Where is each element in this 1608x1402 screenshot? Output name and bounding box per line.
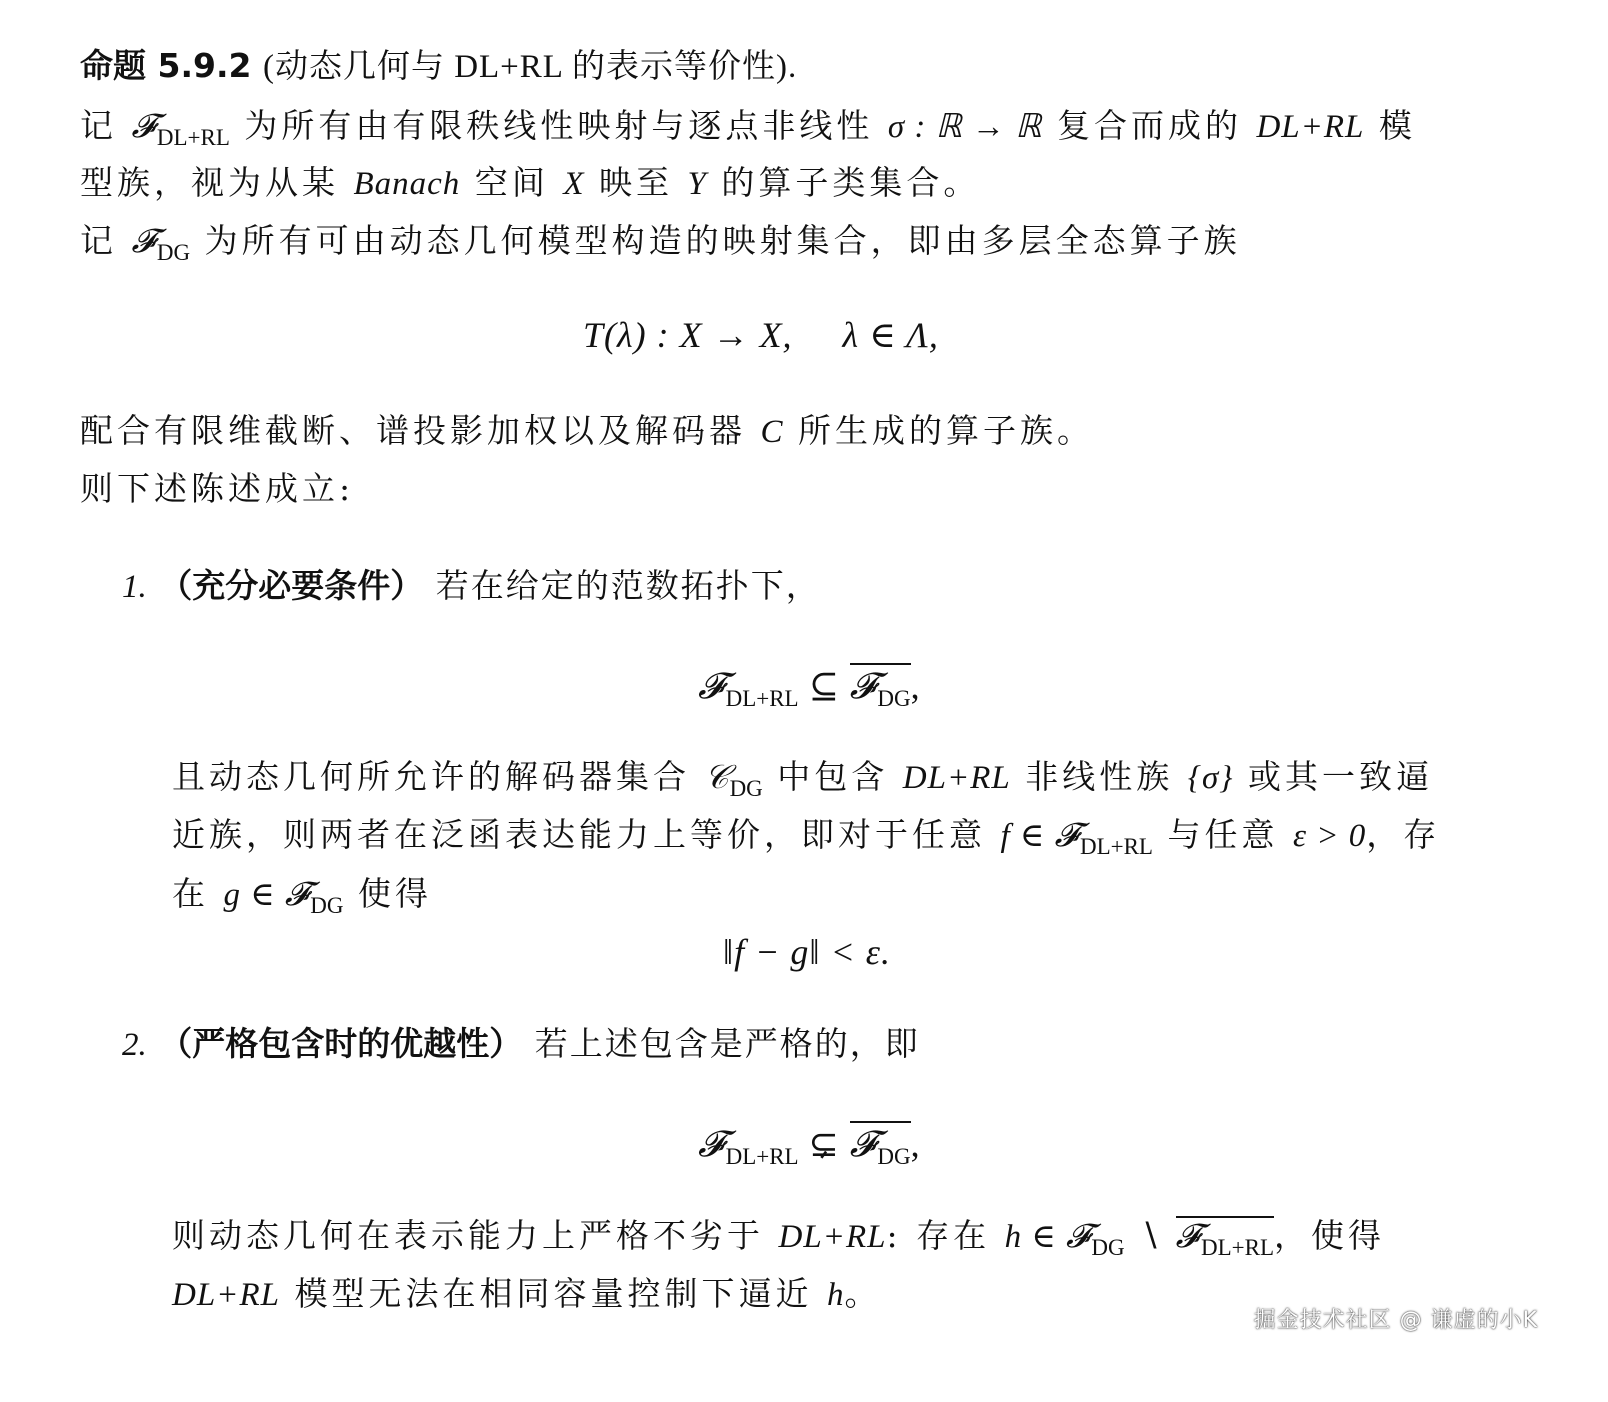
display-strict-inclusion: 𝓕DL+RL ⊊ 𝓕DG, <box>698 1122 921 1179</box>
math-sigma-set: {σ} <box>1188 760 1234 796</box>
definition-dlrl-line-1: 记 𝓕DL+RL 为所有由有限秩线性映射与逐点非线性 σ : ℝ → ℝ 复合而… <box>80 106 1416 158</box>
definition-dlrl-line-2: 型族，视为从某 Banach 空间 X 映至 Y 的算子类集合。 <box>80 163 980 204</box>
text: ，存 <box>1366 815 1440 854</box>
text: 使得 <box>358 874 432 913</box>
display-inclusion: 𝓕DL+RL ⊆ 𝓕DG, <box>698 664 921 721</box>
text: 且动态几何所允许的解码器集合 <box>172 757 690 796</box>
text: 在 <box>172 874 209 913</box>
math-F-dlrl: 𝓕DL+RL <box>132 109 230 145</box>
text: 的算子类集合。 <box>721 163 980 202</box>
text: 映至 <box>599 163 673 202</box>
text: 与任意 <box>1167 815 1278 854</box>
text: 非线性族 <box>1025 757 1173 796</box>
math-sigma-map: σ : ℝ → ℝ <box>888 109 1043 145</box>
math-model-dlrl: DL+RL <box>1256 109 1364 145</box>
text: 若上述包含是严格的，即 <box>535 1024 920 1063</box>
text: 模型无法在相同容量控制下逼近 <box>294 1274 812 1313</box>
text: 模 <box>1379 106 1416 145</box>
math-f-in-F-dlrl: f ∈ 𝓕DL+RL <box>1001 818 1153 854</box>
math-g-in-F-dg: g ∈ 𝓕DG <box>224 877 344 913</box>
document-page: 命题 5.9.2 (动态几何与 DL+RL 的表示等价性). 记 𝓕DL+RL … <box>0 0 1608 1402</box>
text: 为所有可由动态几何模型构造的映射集合，即由多层全态算子族 <box>205 221 1241 260</box>
operator-family-description: 配合有限维截断、谱投影加权以及解码器 C 所生成的算子族。 <box>80 411 1094 452</box>
math-h-in-F-dg: h ∈ 𝓕DG <box>1005 1219 1125 1255</box>
item-2-body-line-2: DL+RL 模型无法在相同容量控制下逼近 h。 <box>172 1274 881 1315</box>
math-h: h <box>827 1277 845 1313</box>
text: 空间 <box>475 163 549 202</box>
text: 。 <box>844 1274 881 1313</box>
text: ，使得 <box>1274 1216 1385 1255</box>
proposition-title: (动态几何与 DL+RL 的表示等价性). <box>263 49 797 85</box>
text: : 存在 <box>886 1216 990 1255</box>
math-C-dg: 𝒞DG <box>705 760 763 796</box>
math-model-dlrl: DL+RL <box>903 760 1011 796</box>
item-1-body-line-3: 在 g ∈ 𝓕DG 使得 <box>172 874 432 926</box>
math-model-dlrl: DL+RL <box>779 1219 887 1255</box>
math-X: X <box>563 166 584 202</box>
proposition-label: 命题 5.9.2 <box>80 46 251 85</box>
math-model-dlrl: DL+RL <box>172 1277 280 1313</box>
text: 型族，视为从某 <box>80 163 339 202</box>
math-C: C <box>761 414 784 450</box>
display-norm-inequality: ‖f − g‖ < ε. <box>723 930 891 974</box>
text: 若在给定的范数拓扑下， <box>436 566 821 605</box>
text: 记 <box>80 221 117 260</box>
proposition-header: 命题 5.9.2 (动态几何与 DL+RL 的表示等价性). <box>80 46 797 87</box>
item-1-header: 1. （充分必要条件） 若在给定的范数拓扑下， <box>122 566 821 607</box>
item-number: 1. <box>122 569 147 605</box>
item-heading: （充分必要条件） <box>159 566 423 605</box>
math-epsilon: ε > 0 <box>1293 818 1366 854</box>
math-Y: Y <box>687 166 706 202</box>
text: 记 <box>80 106 117 145</box>
display-operator-family: T(λ) : X → X, λ ∈ Λ, <box>583 313 939 357</box>
math-banach: Banach <box>354 166 461 202</box>
text: 所生成的算子族。 <box>798 411 1094 450</box>
item-heading: （严格包含时的优越性） <box>159 1024 522 1063</box>
watermark: 掘金技术社区 @ 谦虚的小K <box>1254 1303 1538 1334</box>
text: 近族，则两者在泛函表达能力上等价，即对于任意 <box>172 815 986 854</box>
text: 复合而成的 <box>1057 106 1242 145</box>
item-1-body-line-2: 近族，则两者在泛函表达能力上等价，即对于任意 f ∈ 𝓕DL+RL 与任意 ε … <box>172 815 1440 867</box>
item-2-header: 2. （严格包含时的优越性） 若上述包含是严格的，即 <box>122 1024 920 1065</box>
item-1-body-line-1: 且动态几何所允许的解码器集合 𝒞DG 中包含 DL+RL 非线性族 {σ} 或其… <box>172 757 1433 809</box>
text: 为所有由有限秩线性映射与逐点非线性 <box>244 106 873 145</box>
text: 中包含 <box>777 757 888 796</box>
definition-dg: 记 𝓕DG 为所有可由动态几何模型构造的映射集合，即由多层全态算子族 <box>80 221 1241 273</box>
statements-intro: 则下述陈述成立: <box>80 469 354 509</box>
item-number: 2. <box>122 1027 147 1063</box>
text: 则动态几何在表示能力上严格不劣于 <box>172 1216 764 1255</box>
item-2-body-line-1: 则动态几何在表示能力上严格不劣于 DL+RL: 存在 h ∈ 𝓕DG ∖ 𝓕DL… <box>172 1216 1385 1268</box>
math-setminus: ∖ <box>1139 1219 1161 1255</box>
text: 或其一致逼 <box>1248 757 1433 796</box>
math-closure-F-dlrl: 𝓕DL+RL <box>1176 1216 1274 1255</box>
text: 配合有限维截断、谱投影加权以及解码器 <box>80 411 746 450</box>
math-F-dg: 𝓕DG <box>132 224 191 260</box>
